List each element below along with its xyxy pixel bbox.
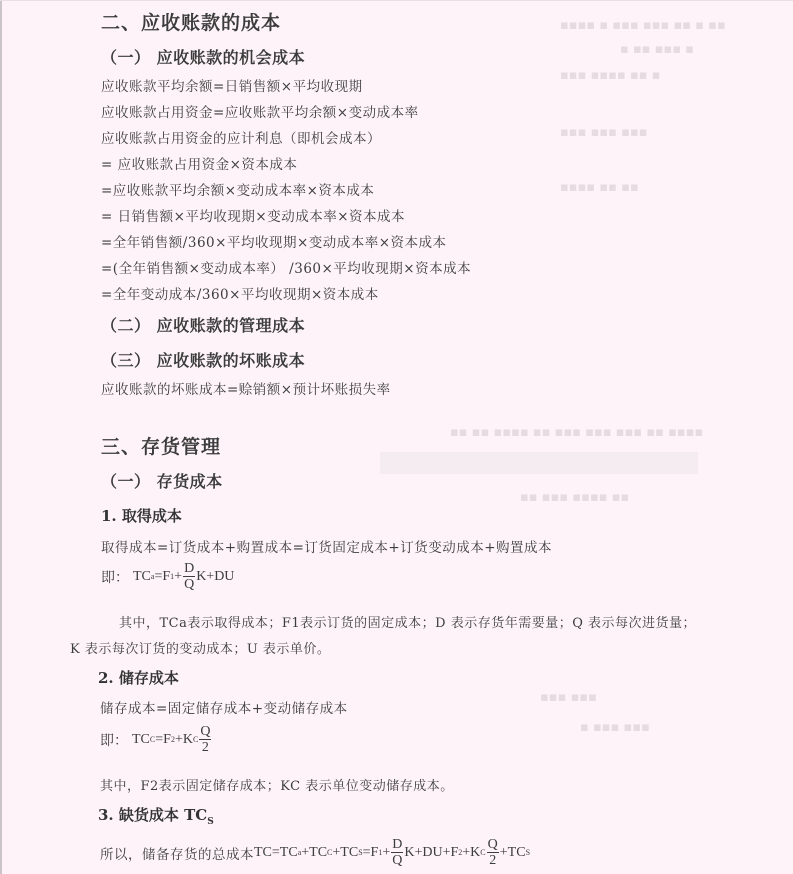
bleed-through-bar xyxy=(380,452,698,474)
formula-symbol: K+DU xyxy=(196,569,234,585)
formula-symbol: TC=TC xyxy=(254,845,298,861)
formula-subscript: C xyxy=(480,848,485,857)
text-line: =应收账款平均余额×变动成本率×资本成本 xyxy=(101,179,374,199)
formula-symbol: = xyxy=(155,732,163,748)
formula-symbol: F xyxy=(163,732,171,748)
subsection-title: （一） 应收账款的机会成本 xyxy=(101,45,305,68)
item-title: 2. 储存成本 xyxy=(98,667,179,688)
fraction-denominator: 2 xyxy=(489,853,496,868)
bleed-through-text: ▪▪ ▪▪▪ ▪▪▪▪ ▪▪ xyxy=(520,490,629,505)
bleed-through-text: ▪ ▪▪ ▪▪▪ ▪ xyxy=(620,42,694,57)
fraction-numerator: D xyxy=(183,561,195,577)
formula-symbol: + xyxy=(175,732,183,748)
text-line: 储存成本=固定储存成本+变动储存成本 xyxy=(100,697,348,717)
formula-symbol: + xyxy=(382,845,390,861)
formula-symbol: +TC xyxy=(301,845,327,861)
formula-subscript: S xyxy=(526,848,530,857)
text-line: = 日销售额×平均收现期×变动成本率×资本成本 xyxy=(101,205,405,225)
page-top-edge xyxy=(0,0,793,1)
fraction: Q 2 xyxy=(487,837,499,868)
formula-subscript: C xyxy=(193,735,198,744)
bleed-through-text: ▪▪▪▪ ▪▪ ▪▪ xyxy=(560,180,639,195)
fraction-denominator: Q xyxy=(392,853,402,868)
formula-symbol: = xyxy=(154,569,162,585)
formula-total-inventory-cost: 所以，储备存货的总成本 TC=TCa +TCC +TCS =F1 + D Q K… xyxy=(100,837,530,868)
text-line: 其中，TCa表示取得成本；F1表示订货的固定成本；D 表示存货年需要量；Q 表示… xyxy=(119,612,696,631)
fraction: Q 2 xyxy=(199,724,211,755)
bleed-through-text: ▪▪▪ ▪▪▪▪ ▪▪ ▪ xyxy=(560,68,661,83)
bleed-through-text: ▪ ▪▪▪ ▪▪▪ xyxy=(580,720,650,735)
page-left-edge xyxy=(0,0,2,874)
fraction-numerator: D xyxy=(391,837,403,853)
fraction-denominator: 2 xyxy=(202,740,209,755)
text-line: 应收账款的坏账成本=赊销额×预计坏账损失率 xyxy=(101,378,391,398)
fraction-numerator: Q xyxy=(487,837,499,853)
formula-subscript: S xyxy=(207,817,214,827)
text-line: 其中，F2表示固定储存成本；KC 表示单位变动储存成本。 xyxy=(100,775,454,794)
text-line: = 应收账款占用资金×资本成本 xyxy=(101,153,297,173)
formula-symbol: +K xyxy=(462,845,480,861)
text-line: =(全年销售额×变动成本率） /360×平均收现期×资本成本 xyxy=(101,257,471,277)
section-title: 三、存货管理 xyxy=(101,432,221,459)
item-title: 3. 缺货成本 TCS xyxy=(98,804,214,827)
text-line: 取得成本=订货成本+购置成本=订货固定成本+订货变动成本+购置成本 xyxy=(101,536,552,556)
item-title: 1. 取得成本 xyxy=(101,505,182,526)
formula-prefix: 所以，储备存货的总成本 xyxy=(100,843,254,863)
formula-symbol: TC xyxy=(133,569,151,585)
text-line: 应收账款占用资金的应计利息（即机会成本） xyxy=(101,127,381,147)
formula-holding-cost: 即： TCC = F2 + KC Q 2 xyxy=(100,724,212,755)
formula-acquisition-cost: 即： TCa = F1 + D Q K+DU xyxy=(101,561,234,592)
formula-symbol: F xyxy=(162,569,170,585)
fraction-denominator: Q xyxy=(184,577,194,592)
fraction: D Q xyxy=(391,837,403,868)
formula-symbol: +TC xyxy=(500,845,526,861)
formula-symbol: K+DU+F xyxy=(404,845,458,861)
formula-prefix: 即： xyxy=(101,567,129,587)
formula-symbol: TC xyxy=(132,732,150,748)
item-title-text: 3. 缺货成本 TC xyxy=(98,806,207,824)
fraction-numerator: Q xyxy=(199,724,211,740)
text-line: K 表示每次订货的变动成本；U 表示单价。 xyxy=(70,638,330,657)
bleed-through-text: ▪▪ ▪▪ ▪▪▪▪ ▪▪ ▪▪▪ ▪▪▪ ▪▪▪ ▪▪ ▪▪▪▪ xyxy=(450,425,703,440)
formula-symbol: =F xyxy=(363,845,379,861)
formula-symbol: K xyxy=(183,732,193,748)
formula-symbol: +TC xyxy=(332,845,358,861)
subsection-title: （三） 应收账款的坏账成本 xyxy=(101,348,305,371)
text-line: =全年变动成本/360×平均收现期×资本成本 xyxy=(101,283,379,303)
formula-prefix: 即： xyxy=(100,730,128,750)
text-line: 应收账款占用资金=应收账款平均余额×变动成本率 xyxy=(101,101,419,121)
subsection-title: （二） 应收账款的管理成本 xyxy=(101,313,305,336)
formula-symbol: + xyxy=(174,569,182,585)
section-title: 二、应收账款的成本 xyxy=(101,8,281,35)
bleed-through-text: ▪▪▪▪ ▪ ▪▪▪ ▪▪▪ ▪▪ ▪ ▪▪ xyxy=(560,18,726,33)
bleed-through-text: ▪▪▪ ▪▪▪ ▪▪▪ xyxy=(560,125,648,140)
fraction: D Q xyxy=(183,561,195,592)
bleed-through-text: ▪▪▪ ▪▪▪ xyxy=(540,690,597,705)
text-line: 应收账款平均余额=日销售额×平均收现期 xyxy=(101,75,363,95)
subsection-title: （一） 存货成本 xyxy=(101,469,223,492)
text-line: =全年销售额/360×平均收现期×变动成本率×资本成本 xyxy=(101,231,447,251)
